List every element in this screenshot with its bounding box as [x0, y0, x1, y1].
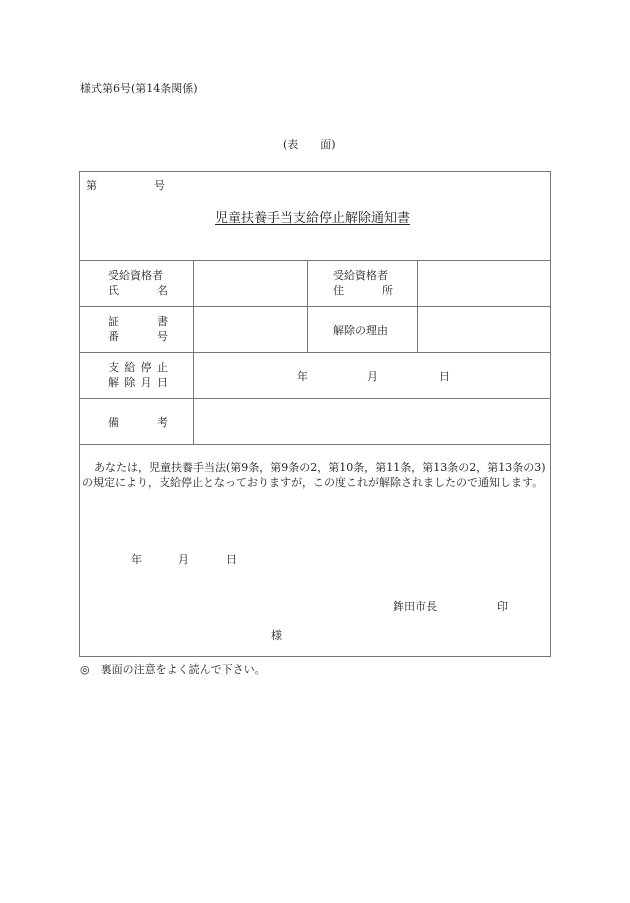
document-number: 第号 — [86, 177, 165, 193]
seal-mark: 印 — [497, 598, 508, 614]
label-char: 給 — [124, 360, 135, 375]
release-date-day[interactable]: 日 — [439, 368, 450, 384]
number-suffix: 号 — [154, 179, 165, 192]
label-char: 備 — [108, 414, 119, 430]
issuer-name: 鉾田市長 — [393, 598, 437, 614]
label-char: 住 — [333, 283, 344, 298]
label-char: 日 — [157, 375, 168, 390]
footnote: ◎ 裏面の注意をよく読んで下さい。 — [80, 661, 266, 677]
release-date-month[interactable]: 月 — [367, 368, 378, 384]
addressee-suffix: 様 — [271, 627, 282, 643]
label-char: 書 — [157, 314, 168, 329]
label-char: 氏 — [108, 283, 119, 298]
recipient-address-label: 受給資格者 住所 — [333, 268, 393, 298]
notice-body: あなたは，児童扶養手当法(第9条，第9条の2，第10条，第11条，第13条の2，… — [82, 460, 548, 490]
label-char: 支 — [108, 360, 119, 375]
label-char: 止 — [157, 360, 168, 375]
divider — [193, 260, 194, 444]
side-left: (表 — [283, 138, 298, 151]
label-char: 解 — [108, 375, 119, 390]
divider — [417, 260, 418, 352]
label-char: 停 — [141, 360, 152, 375]
remarks-field[interactable] — [195, 400, 549, 442]
side-indicator: (表面) — [283, 136, 336, 152]
release-date-label: 支給停止 解除月日 — [108, 360, 168, 390]
recipient-address-field[interactable] — [419, 262, 549, 304]
divider — [79, 260, 551, 261]
label-char: 所 — [382, 283, 393, 298]
label-line: 受給資格者 — [108, 268, 168, 283]
divider — [79, 306, 551, 307]
label-char: 名 — [157, 283, 168, 298]
release-reason-label: 解除の理由 — [333, 322, 388, 338]
label-char: 考 — [157, 414, 168, 430]
number-prefix: 第 — [86, 179, 97, 192]
document-title: 児童扶養手当支給停止解除通知書 — [215, 207, 410, 226]
divider — [79, 444, 551, 445]
label-line: 受給資格者 — [333, 268, 393, 283]
remarks-label: 備考 — [108, 414, 168, 430]
divider — [79, 352, 551, 353]
recipient-name-field[interactable] — [195, 262, 305, 304]
notice-date-year[interactable]: 年 — [131, 551, 142, 567]
certificate-number-label: 証書 番号 — [108, 314, 168, 344]
recipient-name-label: 受給資格者 氏名 — [108, 268, 168, 298]
label-char: 除 — [124, 375, 135, 390]
divider — [79, 398, 551, 399]
label-char: 証 — [108, 314, 119, 329]
notice-date-month[interactable]: 月 — [178, 551, 189, 567]
divider — [307, 260, 308, 352]
side-right: 面) — [320, 138, 335, 151]
label-char: 番 — [108, 329, 119, 344]
release-date-year[interactable]: 年 — [297, 368, 308, 384]
notice-date-day[interactable]: 日 — [226, 551, 237, 567]
label-char: 月 — [141, 375, 152, 390]
form-number: 様式第6号(第14条関係) — [80, 80, 198, 96]
certificate-number-field[interactable] — [195, 308, 305, 350]
label-char: 号 — [157, 329, 168, 344]
release-reason-field[interactable] — [419, 308, 549, 350]
